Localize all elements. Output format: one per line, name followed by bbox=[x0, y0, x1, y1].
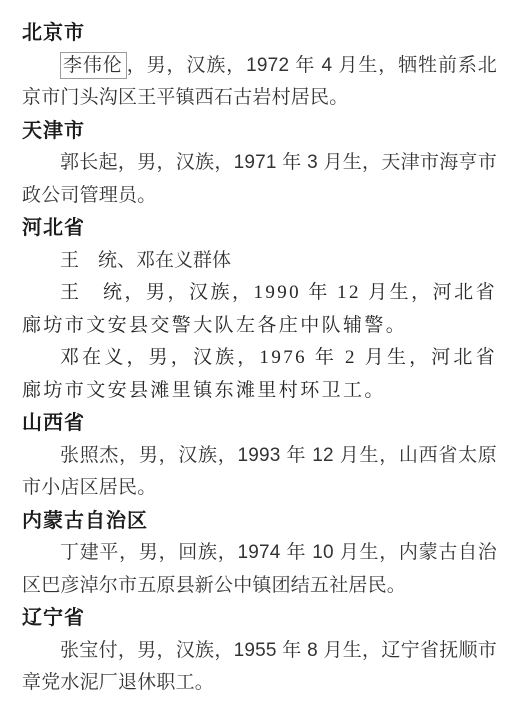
section-heading-hebei: 河北省 bbox=[22, 212, 497, 245]
section-heading-beijing: 北京市 bbox=[22, 17, 497, 50]
entry-paragraph-wangtong: 王 统，男，汉族，1990 年 12 月生，河北省廊坊市文安县交警大队左各庄中队… bbox=[22, 277, 497, 342]
section-heading-tianjin: 天津市 bbox=[22, 115, 497, 148]
document-page: 北京市 李伟伦，男，汉族，1972 年 4 月生，牺牲前系北京市门头沟区王平镇西… bbox=[0, 0, 519, 725]
section-heading-neimenggu: 内蒙古自治区 bbox=[22, 505, 497, 538]
entry-paragraph-zhangzhaojie: 张照杰，男，汉族，1993 年 12 月生，山西省太原市小店区居民。 bbox=[22, 440, 497, 505]
section-heading-liaoning: 辽宁省 bbox=[22, 602, 497, 635]
entry-paragraph-guochangqi: 郭长起，男，汉族，1971 年 3 月生，天津市海亨市政公司管理员。 bbox=[22, 147, 497, 212]
entry-paragraph-dingjianping: 丁建平，男，回族，1974 年 10 月生，内蒙古自治区巴彦淖尔市五原县新公中镇… bbox=[22, 537, 497, 602]
entry-paragraph-dengzaiyi: 邓在义，男，汉族，1976 年 2 月生，河北省廊坊市文安县滩里镇东滩里村环卫工… bbox=[22, 342, 497, 407]
entry-paragraph-liweilun: 李伟伦，男，汉族，1972 年 4 月生，牺牲前系北京市门头沟区王平镇西石古岩村… bbox=[22, 50, 497, 115]
section-heading-shanxi: 山西省 bbox=[22, 407, 497, 440]
person-name-box: 李伟伦 bbox=[60, 52, 127, 79]
group-label-wangtong-dengzaiyi: 王 统、邓在义群体 bbox=[22, 245, 497, 278]
entry-paragraph-zhangbaofu: 张宝付，男，汉族，1955 年 8 月生，辽宁省抚顺市章党水泥厂退休职工。 bbox=[22, 635, 497, 700]
